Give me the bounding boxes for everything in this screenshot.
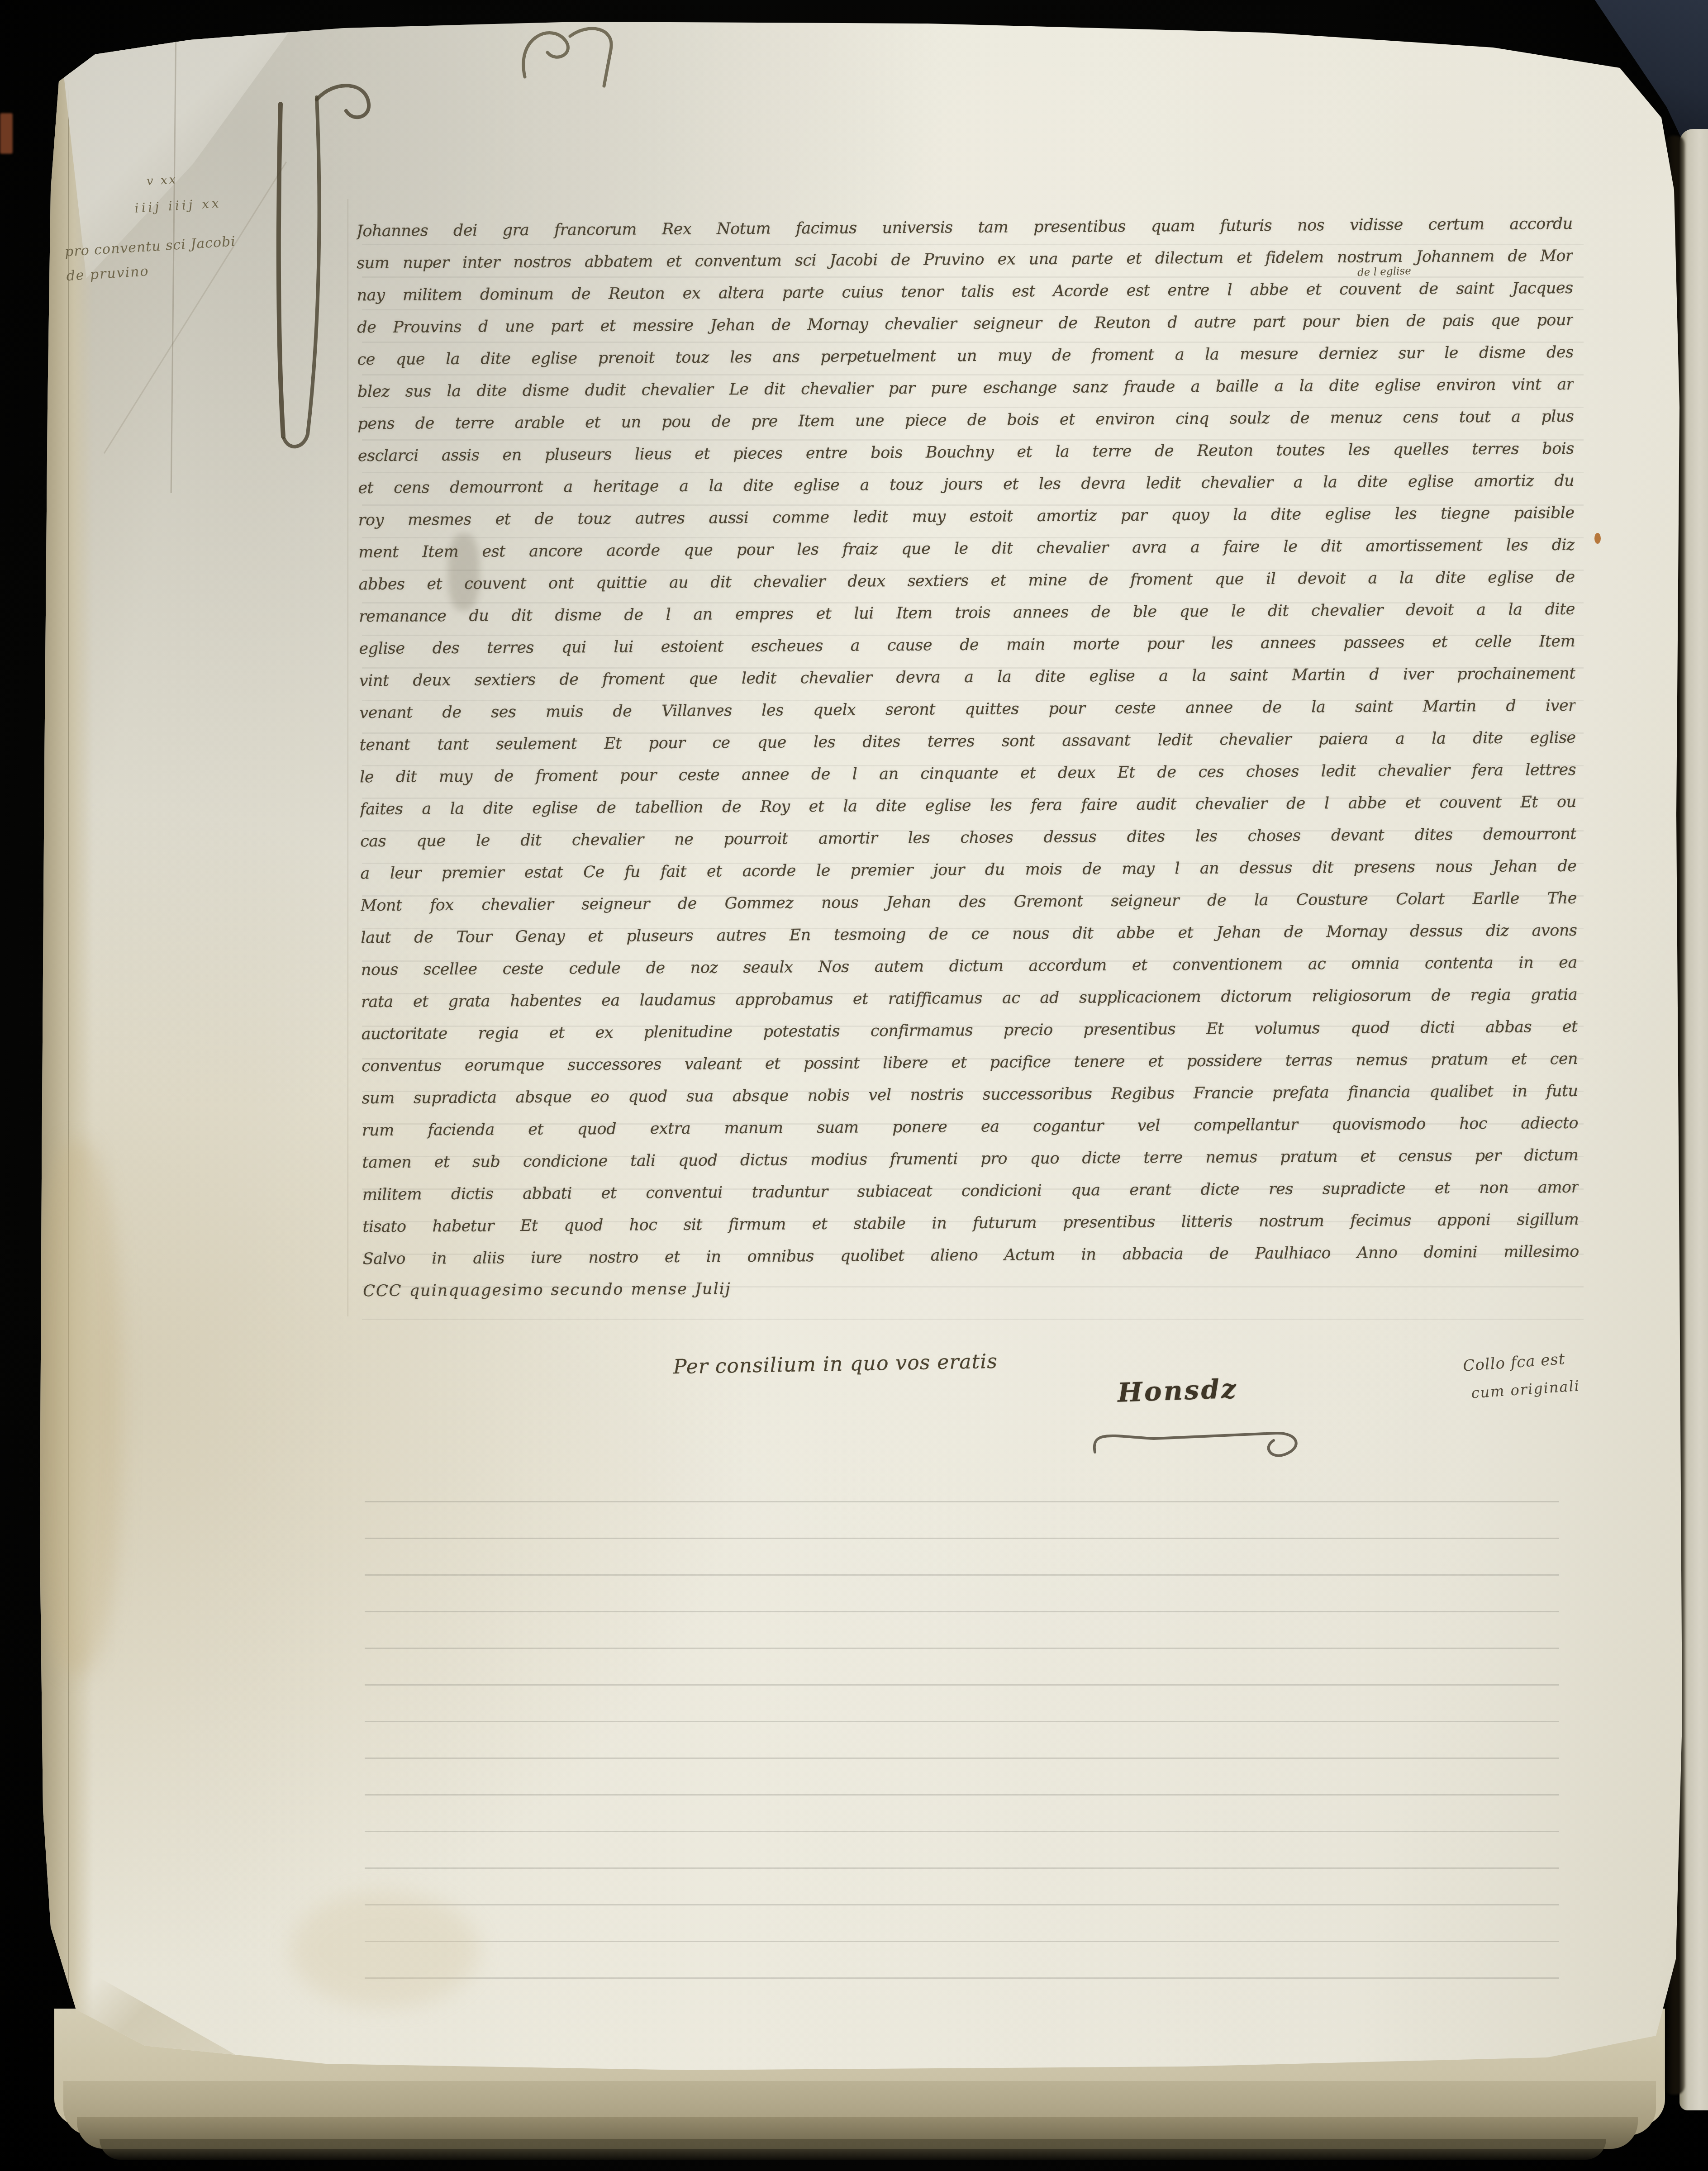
collation-note: Collo fca est cum originali xyxy=(1462,1344,1655,1402)
photo-backdrop: v xx iiij iiij xx pro conventu sci Jacob… xyxy=(0,0,1708,2171)
binding-rust-sliver xyxy=(0,113,13,154)
collation-line: cum originali xyxy=(1470,1372,1655,1401)
pen-flourish xyxy=(498,9,688,100)
clerk-signature: Honsdz xyxy=(1117,1373,1238,1408)
blank-ruling-lines xyxy=(365,1466,1559,2009)
marginal-annotation: v xx iiij iiij xx pro conventu sci Jacob… xyxy=(61,162,356,285)
signature-flourish xyxy=(1086,1411,1339,1475)
page-stack-edge xyxy=(100,2139,1606,2160)
left-binding-edge xyxy=(39,68,93,2067)
chancery-warrant-note: Per consilium in quo vos eratis xyxy=(673,1350,998,1379)
folio-edge-line xyxy=(68,90,69,2013)
parchment-stain xyxy=(290,1891,480,2009)
rust-fleck xyxy=(1594,533,1601,544)
collation-line: Collo fca est xyxy=(1462,1344,1653,1375)
interlinear-insertion: de l eglise xyxy=(1357,265,1412,279)
parchment-stain xyxy=(32,1140,122,1674)
shelfmark-line: iiij iiij xx xyxy=(134,188,352,216)
parchment-folio: v xx iiij iiij xx pro conventu sci Jacob… xyxy=(0,0,1708,2171)
charter-body-text: Johannes dei gra francorum Rex Notum fac… xyxy=(357,208,1580,1307)
